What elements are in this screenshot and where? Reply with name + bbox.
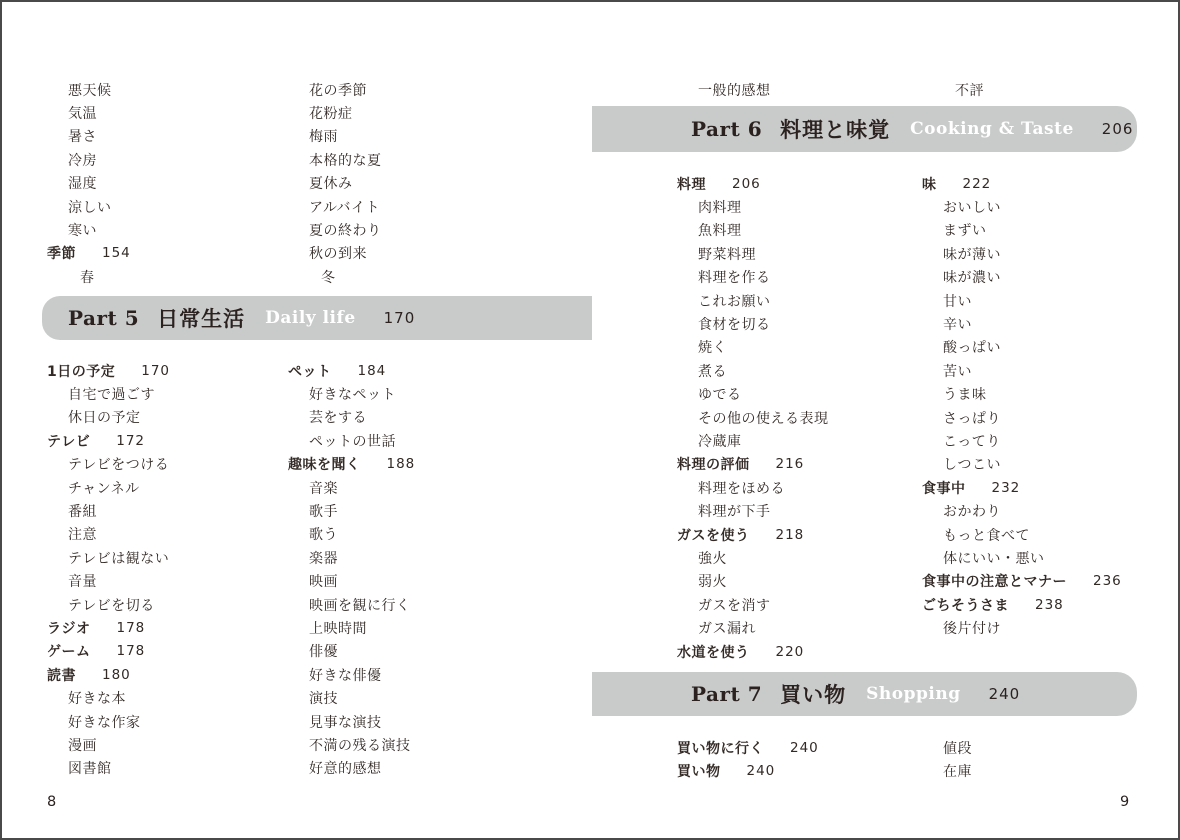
toc-item-label: 好きな本: [68, 688, 126, 708]
toc-item-label: 料理の評価: [677, 454, 750, 474]
toc-item: 好きな作家: [47, 710, 282, 733]
toc-item-page-number: 178: [117, 643, 146, 659]
toc-item: 辛い: [922, 312, 1172, 335]
toc-item: 不満の残る演技: [288, 733, 568, 756]
toc-item: 秋の到来: [288, 242, 568, 265]
toc-item: 魚料理: [677, 219, 917, 242]
toc-item: 上映時間: [288, 616, 568, 639]
toc-item: 料理の評価216: [677, 453, 917, 476]
toc-item-label: 読書: [47, 665, 76, 685]
toc-item: 料理206: [677, 172, 917, 195]
toc-item: 芸をする: [288, 406, 568, 429]
toc-item: 俳優: [288, 640, 568, 663]
left-page-folio: 8: [47, 794, 56, 810]
toc-item-label: 演技: [309, 688, 338, 708]
toc-item: 湿度: [47, 172, 282, 195]
part6-title-english: Cooking & Taste: [910, 119, 1074, 139]
toc-item: 番組: [47, 499, 282, 522]
toc-item: 好きなペット: [288, 382, 568, 405]
toc-item-page-number: 188: [387, 456, 416, 472]
toc-item: 料理が下手: [677, 499, 917, 522]
toc-item-label: 料理が下手: [698, 501, 771, 521]
toc-item-label: 春: [80, 267, 95, 287]
toc-item: 映画を観に行く: [288, 593, 568, 616]
toc-item: さっぱり: [922, 406, 1172, 429]
toc-item-label: 酸っぱい: [943, 337, 1001, 357]
toc-item-label: 上映時間: [309, 618, 367, 638]
toc-item: 図書館: [47, 757, 282, 780]
toc-item-label: 俳優: [309, 641, 338, 661]
toc-item: ごちそうさま238: [922, 593, 1172, 616]
toc-item: 野菜料理: [677, 242, 917, 265]
toc-item-label: 自宅で過ごす: [68, 384, 155, 404]
toc-item-label: 不満の残る演技: [309, 735, 411, 755]
toc-item-label: 魚料理: [698, 220, 742, 240]
toc-item-label: 映画: [309, 571, 338, 591]
left-top-list-col1: 悪天候気温暑さ冷房湿度涼しい寒い季節154春: [47, 78, 282, 289]
toc-item-label: テレビをつける: [68, 454, 169, 474]
toc-item: 気温: [47, 101, 282, 124]
toc-item-label: 夏休み: [309, 173, 353, 193]
toc-item-page-number: 206: [732, 176, 761, 192]
toc-item-label: 焼く: [698, 337, 727, 357]
toc-item-label: ゆでる: [698, 384, 742, 404]
toc-item-label: ラジオ: [47, 618, 91, 638]
toc-item-label: 買い物: [677, 761, 721, 781]
toc-item-label: 冬: [321, 267, 336, 287]
toc-item-label: ゲーム: [47, 641, 91, 661]
toc-item-label: 強火: [698, 548, 727, 568]
left-top-list-col2: 花の季節花粉症梅雨本格的な夏夏休みアルバイト夏の終わり秋の到来冬: [288, 78, 568, 289]
toc-item: 味が薄い: [922, 242, 1172, 265]
toc-item-page-number: 154: [102, 245, 131, 261]
toc-item: 買い物に行く240: [677, 736, 917, 759]
toc-item: テレビをつける: [47, 453, 282, 476]
toc-item-label: ごちそうさま: [922, 595, 1009, 615]
toc-item: 体にいい・悪い: [922, 546, 1172, 569]
toc-item: 在庫: [922, 759, 1162, 782]
toc-item-label: もっと食べて: [943, 525, 1030, 545]
toc-item-label: 涼しい: [68, 197, 112, 217]
toc-item-label: 楽器: [309, 548, 338, 568]
part6-heading-bar: Part 6 料理と味覚 Cooking & Taste 206: [592, 106, 1137, 152]
book-spread: 悪天候気温暑さ冷房湿度涼しい寒い季節154春 花の季節花粉症梅雨本格的な夏夏休み…: [0, 0, 1180, 840]
toc-item: 春: [47, 265, 282, 288]
toc-item-label: 買い物に行く: [677, 738, 764, 758]
toc-item: 夏休み: [288, 172, 568, 195]
toc-item: 冷蔵庫: [677, 429, 917, 452]
toc-item: こってり: [922, 429, 1172, 452]
toc-item-label: 好意的感想: [309, 758, 382, 778]
toc-item-label: しつこい: [943, 454, 1001, 474]
toc-item-label: 歌う: [309, 524, 338, 544]
toc-item: うま味: [922, 383, 1172, 406]
toc-item: 映画: [288, 570, 568, 593]
toc-item: 弱火: [677, 570, 917, 593]
toc-item-label: ガスを消す: [698, 595, 771, 615]
toc-item-label: 気温: [68, 103, 97, 123]
toc-item-label: おいしい: [943, 197, 1001, 217]
toc-item: 花の季節: [288, 78, 568, 101]
toc-item: 一般的感想: [677, 78, 917, 101]
right-top-list-col1: 一般的感想: [677, 78, 917, 101]
toc-item-label: 音量: [68, 571, 97, 591]
toc-item-label: 不評: [955, 80, 984, 100]
toc-item-label: 味が濃い: [943, 267, 1001, 287]
toc-item: 好きな本: [47, 686, 282, 709]
toc-item: その他の使える表現: [677, 406, 917, 429]
toc-item-page-number: 218: [776, 527, 805, 543]
toc-item-label: 好きなペット: [309, 384, 396, 404]
toc-item-label: 花の季節: [309, 80, 367, 100]
toc-item-label: 値段: [943, 738, 972, 758]
toc-item-label: 体にいい・悪い: [943, 548, 1045, 568]
toc-item: 後片付け: [922, 616, 1172, 639]
toc-item: 楽器: [288, 546, 568, 569]
toc-item: 料理をほめる: [677, 476, 917, 499]
toc-item: テレビを切る: [47, 593, 282, 616]
toc-item-label: 趣味を聞く: [288, 454, 361, 474]
toc-item-label: 水道を使う: [677, 642, 750, 662]
toc-item: 涼しい: [47, 195, 282, 218]
toc-item: まずい: [922, 219, 1172, 242]
toc-item-label: ペットの世話: [309, 431, 396, 451]
toc-item-label: 好きな俳優: [309, 665, 382, 685]
toc-item-page-number: 238: [1035, 597, 1064, 613]
toc-item: 強火: [677, 546, 917, 569]
toc-item: 値段: [922, 736, 1162, 759]
part5-label: Part 5: [68, 306, 139, 330]
toc-item: 音量: [47, 570, 282, 593]
toc-item: 煮る: [677, 359, 917, 382]
section6-col2: 味222おいしいまずい味が薄い味が濃い甘い辛い酸っぱい苦いうま味さっぱりこってり…: [922, 172, 1172, 640]
toc-item-label: 漫画: [68, 735, 97, 755]
toc-item: ゆでる: [677, 383, 917, 406]
toc-item-label: 食材を切る: [698, 314, 771, 334]
toc-item-label: 味: [922, 174, 937, 194]
toc-item: 食事中232: [922, 476, 1172, 499]
part7-label: Part 7: [691, 682, 762, 706]
toc-item: 不評: [922, 78, 1162, 101]
toc-item-label: さっぱり: [943, 408, 1001, 428]
toc-item-label: 花粉症: [309, 103, 353, 123]
toc-item: ゲーム178: [47, 640, 282, 663]
toc-item: 料理を作る: [677, 266, 917, 289]
part7-title-english: Shopping: [866, 684, 960, 704]
right-page-folio: 9: [1120, 794, 1129, 810]
toc-item-label: 1日の予定: [47, 361, 115, 381]
toc-item: テレビは観ない: [47, 546, 282, 569]
part7-heading-bar: Part 7 買い物 Shopping 240: [592, 672, 1137, 716]
toc-item-label: 図書館: [68, 758, 112, 778]
toc-item: 食事中の注意とマナー236: [922, 570, 1172, 593]
toc-item-label: 芸をする: [309, 407, 367, 427]
toc-item: しつこい: [922, 453, 1172, 476]
toc-item: 冬: [288, 265, 568, 288]
toc-item: 肉料理: [677, 195, 917, 218]
toc-item-label: 食事中: [922, 478, 966, 498]
toc-item-label: 冷蔵庫: [698, 431, 742, 451]
toc-item-label: テレビを切る: [68, 595, 155, 615]
part7-title-japanese: 買い物: [780, 679, 846, 709]
toc-item-label: 好きな作家: [68, 712, 141, 732]
toc-item-label: こってり: [943, 431, 1001, 451]
toc-item-label: 音楽: [309, 478, 338, 498]
toc-item-page-number: 220: [776, 644, 805, 660]
toc-item: 冷房: [47, 148, 282, 171]
toc-item-label: うま味: [943, 384, 987, 404]
toc-item: 自宅で過ごす: [47, 382, 282, 405]
toc-item: 歌手: [288, 499, 568, 522]
toc-item: 1日の予定170: [47, 359, 282, 382]
toc-item-label: チャンネル: [68, 478, 140, 498]
toc-item: 悪天候: [47, 78, 282, 101]
part5-title-japanese: 日常生活: [157, 303, 245, 333]
toc-item: 夏の終わり: [288, 218, 568, 241]
toc-item-label: 本格的な夏: [309, 150, 382, 170]
toc-item-label: 梅雨: [309, 126, 338, 146]
toc-item-page-number: 178: [117, 620, 146, 636]
toc-item: おいしい: [922, 195, 1172, 218]
toc-item: 読書180: [47, 663, 282, 686]
toc-item-label: 料理をほめる: [698, 478, 785, 498]
toc-item: 音楽: [288, 476, 568, 499]
toc-item-label: 見事な演技: [309, 712, 382, 732]
toc-item: アルバイト: [288, 195, 568, 218]
toc-item-label: 注意: [68, 524, 97, 544]
toc-item-page-number: 172: [116, 433, 145, 449]
toc-item-label: 在庫: [943, 761, 972, 781]
toc-item: これお願い: [677, 289, 917, 312]
toc-item-label: 苦い: [943, 361, 972, 381]
toc-item-label: テレビ: [47, 431, 90, 451]
toc-item: 歌う: [288, 523, 568, 546]
toc-item: 食材を切る: [677, 312, 917, 335]
toc-item: 花粉症: [288, 101, 568, 124]
toc-item: 休日の予定: [47, 406, 282, 429]
toc-item-label: テレビは観ない: [68, 548, 169, 568]
toc-item: ラジオ178: [47, 616, 282, 639]
toc-item-page-number: 240: [790, 740, 819, 756]
toc-item: ペット184: [288, 359, 568, 382]
toc-item-label: 甘い: [943, 291, 972, 311]
toc-item-label: 食事中の注意とマナー: [922, 571, 1067, 591]
toc-item-page-number: 222: [963, 176, 992, 192]
toc-item: おかわり: [922, 499, 1172, 522]
toc-item: 趣味を聞く188: [288, 453, 568, 476]
toc-item: 甘い: [922, 289, 1172, 312]
toc-item-label: 夏の終わり: [309, 220, 382, 240]
toc-item: 水道を使う220: [677, 640, 917, 663]
toc-item: 苦い: [922, 359, 1172, 382]
section7-col2: 値段在庫: [922, 736, 1162, 783]
section7-col1: 買い物に行く240買い物240: [677, 736, 917, 783]
toc-item: ペットの世話: [288, 429, 568, 452]
toc-item-label: その他の使える表現: [698, 408, 829, 428]
toc-item: 焼く: [677, 336, 917, 359]
toc-item: 梅雨: [288, 125, 568, 148]
toc-item-label: 寒い: [68, 220, 97, 240]
toc-item-label: アルバイト: [309, 197, 380, 217]
toc-item-label: 映画を観に行く: [309, 595, 411, 615]
toc-item: ガスを消す: [677, 593, 917, 616]
section5-col1: 1日の予定170自宅で過ごす休日の予定テレビ172テレビをつけるチャンネル番組注…: [47, 359, 282, 780]
toc-item: ガス漏れ: [677, 616, 917, 639]
part6-page-number: 206: [1102, 120, 1134, 138]
toc-item: テレビ172: [47, 429, 282, 452]
toc-item: 好意的感想: [288, 757, 568, 780]
toc-item: 買い物240: [677, 759, 917, 782]
toc-item-page-number: 216: [776, 456, 805, 472]
section5-col2: ペット184好きなペット芸をするペットの世話趣味を聞く188音楽歌手歌う楽器映画…: [288, 359, 568, 780]
toc-item: 暑さ: [47, 125, 282, 148]
toc-item-label: おかわり: [943, 501, 1001, 521]
toc-item: 好きな俳優: [288, 663, 568, 686]
toc-item-label: 秋の到来: [309, 243, 367, 263]
toc-item-page-number: 170: [141, 363, 170, 379]
toc-item-label: 悪天候: [68, 80, 112, 100]
toc-item-label: 野菜料理: [698, 244, 756, 264]
toc-item-label: 歌手: [309, 501, 338, 521]
toc-item-page-number: 236: [1093, 573, 1122, 589]
toc-item: 酸っぱい: [922, 336, 1172, 359]
toc-item-page-number: 184: [358, 363, 387, 379]
toc-item-label: ガスを使う: [677, 525, 750, 545]
part6-label: Part 6: [691, 117, 762, 141]
part5-heading-bar: Part 5 日常生活 Daily life 170: [42, 296, 592, 340]
toc-item-label: 番組: [68, 501, 97, 521]
toc-item-label: 暑さ: [68, 126, 97, 146]
toc-item-page-number: 240: [747, 763, 776, 779]
toc-item-label: 湿度: [68, 173, 97, 193]
toc-item: 本格的な夏: [288, 148, 568, 171]
section6-col1: 料理206肉料理魚料理野菜料理料理を作るこれお願い食材を切る焼く煮るゆでるその他…: [677, 172, 917, 663]
toc-item-label: 料理を作る: [698, 267, 771, 287]
toc-item: 寒い: [47, 218, 282, 241]
toc-item-label: ペット: [288, 361, 332, 381]
toc-item: もっと食べて: [922, 523, 1172, 546]
toc-item-label: これお願い: [698, 291, 771, 311]
toc-item: 見事な演技: [288, 710, 568, 733]
part6-title-japanese: 料理と味覚: [780, 114, 890, 144]
toc-item: チャンネル: [47, 476, 282, 499]
toc-item-page-number: 232: [992, 480, 1021, 496]
toc-item-label: 弱火: [698, 571, 727, 591]
toc-item-label: 辛い: [943, 314, 972, 334]
toc-item-label: 後片付け: [943, 618, 1001, 638]
toc-item-label: 一般的感想: [698, 80, 771, 100]
toc-item: 味が濃い: [922, 266, 1172, 289]
toc-item-label: ガス漏れ: [698, 618, 756, 638]
toc-item: ガスを使う218: [677, 523, 917, 546]
toc-item-label: 肉料理: [698, 197, 742, 217]
toc-item-label: 休日の予定: [68, 407, 141, 427]
part5-title-english: Daily life: [265, 308, 356, 328]
toc-item-page-number: 180: [102, 667, 131, 683]
toc-item-label: まずい: [943, 220, 987, 240]
toc-item: 漫画: [47, 733, 282, 756]
toc-item: 味222: [922, 172, 1172, 195]
toc-item-label: 味が薄い: [943, 244, 1001, 264]
part5-page-number: 170: [384, 309, 416, 327]
toc-item: 演技: [288, 686, 568, 709]
toc-item-label: 季節: [47, 243, 76, 263]
toc-item-label: 煮る: [698, 361, 727, 381]
toc-item-label: 料理: [677, 174, 706, 194]
part7-page-number: 240: [989, 685, 1021, 703]
right-top-list-col2: 不評: [922, 78, 1162, 101]
toc-item: 注意: [47, 523, 282, 546]
toc-item: 季節154: [47, 242, 282, 265]
toc-item-label: 冷房: [68, 150, 97, 170]
